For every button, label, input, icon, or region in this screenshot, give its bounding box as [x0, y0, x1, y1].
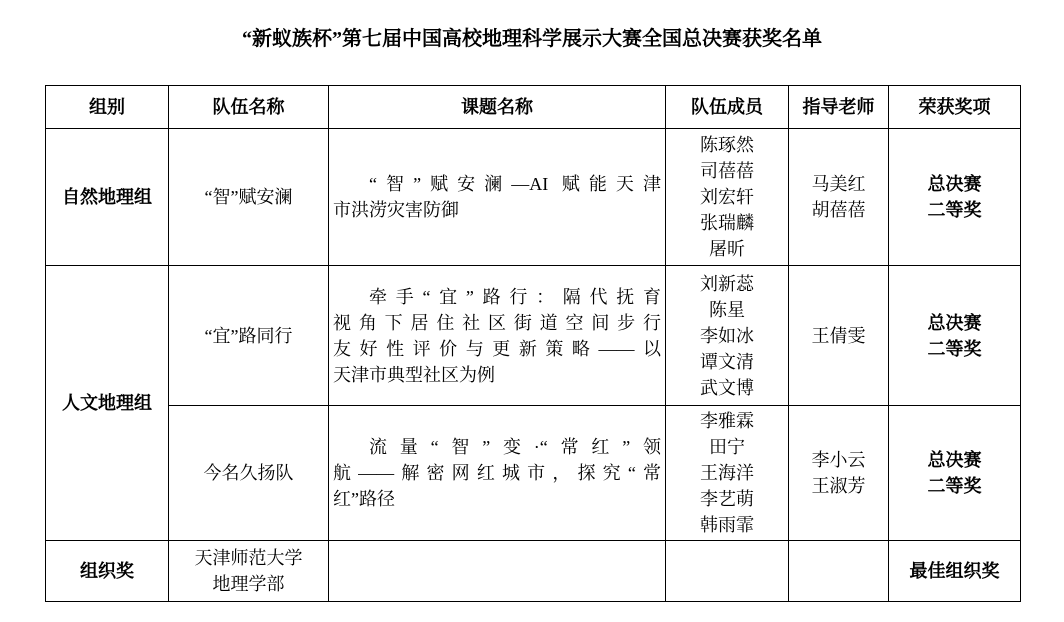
cell-advisors: 马美红 胡蓓蓓	[789, 129, 889, 266]
cell-members: 刘新蕊 陈星 李如冰 谭文清 武文博	[666, 266, 789, 406]
awards-table: 组别 队伍名称 课题名称 队伍成员 指导老师 荣获奖项 自然地理组 “智”赋安澜…	[45, 85, 1021, 602]
cell-award: 总决赛 二等奖	[889, 129, 1021, 266]
table-row: 自然地理组 “智”赋安澜 “智”赋安澜—AI 赋能天津 市洪涝灾害防御 陈琢然 …	[46, 129, 1021, 266]
page-title: “新蚁族杯”第七届中国高校地理科学展示大赛全国总决赛获奖名单	[0, 26, 1064, 52]
cell-award: 总决赛 二等奖	[889, 406, 1021, 541]
cell-team: 今名久扬队	[169, 406, 329, 541]
cell-topic: 牵手“宜”路行：隔代抚育 视角下居住社区街道空间步行 友好性评价与更新策略——以…	[329, 266, 666, 406]
topic-line: 航——解密网红城市，探究“常	[333, 460, 661, 486]
cell-award: 最佳组织奖	[889, 541, 1021, 602]
cell-topic: “智”赋安澜—AI 赋能天津 市洪涝灾害防御	[329, 129, 666, 266]
table-row: 组织奖 天津师范大学 地理学部 最佳组织奖	[46, 541, 1021, 602]
header-cell-group: 组别	[46, 86, 169, 129]
topic-line: 天津市典型社区为例	[333, 362, 661, 388]
topic-line: 市洪涝灾害防御	[333, 197, 661, 223]
topic-line: 视角下居住社区街道空间步行	[333, 310, 661, 336]
header-row: 组别 队伍名称 课题名称 队伍成员 指导老师 荣获奖项	[46, 86, 1021, 129]
topic-line: 红”路径	[333, 486, 661, 512]
cell-members	[666, 541, 789, 602]
cell-group: 自然地理组	[46, 129, 169, 266]
header-cell-topic: 课题名称	[329, 86, 666, 129]
cell-advisors: 王倩雯	[789, 266, 889, 406]
header-cell-team: 队伍名称	[169, 86, 329, 129]
topic-line: “智”赋安澜—AI 赋能天津	[333, 171, 661, 197]
topic-line: 牵手“宜”路行：隔代抚育	[333, 284, 661, 310]
table-row: 今名久扬队 流量“智”变·“常红”领 航——解密网红城市，探究“常 红”路径 李…	[46, 406, 1021, 541]
header-cell-members: 队伍成员	[666, 86, 789, 129]
topic-line: 友好性评价与更新策略——以	[333, 336, 661, 362]
cell-advisors	[789, 541, 889, 602]
cell-topic	[329, 541, 666, 602]
cell-members: 陈琢然 司蓓蓓 刘宏轩 张瑞麟 屠昕	[666, 129, 789, 266]
cell-award: 总决赛 二等奖	[889, 266, 1021, 406]
cell-team: “宜”路同行	[169, 266, 329, 406]
cell-group: 人文地理组	[46, 266, 169, 541]
cell-team: “智”赋安澜	[169, 129, 329, 266]
cell-group: 组织奖	[46, 541, 169, 602]
cell-topic: 流量“智”变·“常红”领 航——解密网红城市，探究“常 红”路径	[329, 406, 666, 541]
topic-line: 流量“智”变·“常红”领	[333, 434, 661, 460]
cell-members: 李雅霖 田宁 王海洋 李艺萌 韩雨霏	[666, 406, 789, 541]
table-row: 人文地理组 “宜”路同行 牵手“宜”路行：隔代抚育 视角下居住社区街道空间步行 …	[46, 266, 1021, 406]
header-cell-advisors: 指导老师	[789, 86, 889, 129]
page: “新蚁族杯”第七届中国高校地理科学展示大赛全国总决赛获奖名单 组别 队伍名称 课…	[0, 0, 1064, 622]
cell-team: 天津师范大学 地理学部	[169, 541, 329, 602]
header-cell-award: 荣获奖项	[889, 86, 1021, 129]
cell-advisors: 李小云 王淑芳	[789, 406, 889, 541]
